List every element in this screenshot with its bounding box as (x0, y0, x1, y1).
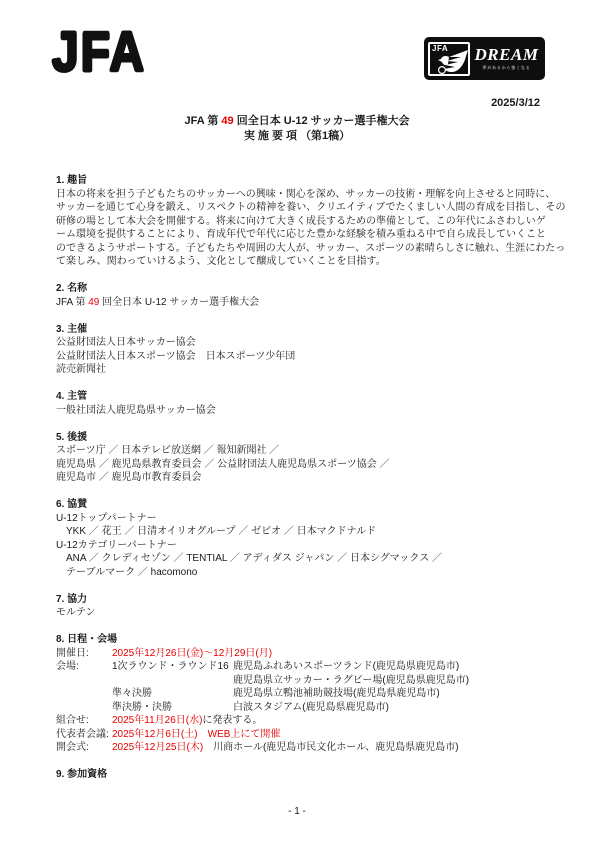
draw-date-value: 2025年11月26日(水) (112, 715, 202, 726)
sponsor-item: YKK ／ 花王 ／ 日清オイリオグループ ／ ゼビオ ／ 日本マクドナルド (56, 525, 546, 539)
organizer-item: 公益財団法人日本スポーツ協会 日本スポーツ少年団 (56, 350, 546, 364)
sponsor-item: テーブルマーク ／ hacomono (56, 566, 546, 580)
dream-label: DREAM (470, 46, 543, 63)
doc-body: 1. 趣旨 日本の将来を担う子どもたちのサッカーへの興味・関心を深め、サッカーの… (56, 174, 546, 782)
section-host-association: 4. 主管 一般社団法人鹿児島県サッカー協会 (56, 390, 546, 417)
section-heading: 1. 趣旨 (56, 174, 546, 188)
section-sponsors: 6. 協賛 U-12トップパートナー YKK ／ 花王 ／ 日清オイリオグループ… (56, 498, 546, 579)
schedule-label: 開会式: (56, 741, 112, 755)
tournament-name-pre: JFA 第 (56, 297, 88, 308)
section-heading: 8. 日程・会場 (56, 633, 546, 647)
document-page: JFA JFA DREAM 夢があるから強くなる 2025/3/12 JFA 第… (0, 0, 594, 842)
doc-subtitle: 実 施 要 項 （第1稿） (0, 127, 594, 143)
draw-note: に発表する。 (202, 715, 262, 726)
section-organizer: 3. 主催 公益財団法人日本サッカー協会 公益財団法人日本スポーツ協会 日本スポ… (56, 323, 546, 377)
schedule-venue: 鹿児島県立鴨池補助競技場(鹿児島県鹿児島市) (233, 687, 546, 701)
schedule-round: 準々決勝 (112, 687, 233, 701)
organizer-item: 読売新聞社 (56, 363, 546, 377)
section-name: 2. 名称 JFA 第 49 回全日本 U-12 サッカー選手権大会 (56, 282, 546, 309)
sponsor-item: U-12トップパートナー (56, 512, 546, 526)
schedule-venue: 鹿児島県立サッカー・ラグビー場(鹿児島県鹿児島市) (233, 674, 546, 688)
managers-meeting-value: 2025年12月6日(土) WEB上にて開催 (112, 729, 280, 740)
jfa-crest-box: JFA (428, 42, 470, 76)
doc-title: JFA 第 49 回全日本 U-12 サッカー選手権大会 (0, 112, 594, 128)
jfa-dream-badge: JFA DREAM 夢があるから強くなる (424, 37, 545, 80)
schedule-label: 代表者会議: (56, 728, 112, 742)
section-heading: 2. 名称 (56, 282, 546, 296)
schedule-round: 準決勝・決勝 (112, 701, 233, 715)
supporter-item: スポーツ庁 ／ 日本テレビ放送網 ／ 報知新聞社 ／ (56, 444, 546, 458)
schedule-label: 開催日: (56, 647, 112, 661)
schedule-venue: 鹿児島ふれあいスポーツランド(鹿児島県鹿児島市) (233, 660, 546, 674)
schedule-label: 組合せ: (56, 714, 112, 728)
paragraph-line: 研修の場として本大会を開催する。将来に向けて大きく成長するための準備として、この… (56, 215, 546, 229)
section-heading: 9. 参加資格 (56, 768, 546, 782)
section-heading: 6. 協賛 (56, 498, 546, 512)
schedule-label (56, 687, 112, 701)
section-heading: 5. 後援 (56, 431, 546, 445)
sponsor-item: ANA ／ クレディセゾン ／ TENTIAL ／ アディダス ジャパン ／ 日… (56, 552, 546, 566)
section-heading: 7. 協力 (56, 593, 546, 607)
schedule-row-venue: 準々決勝 鹿児島県立鴨池補助競技場(鹿児島県鹿児島市) (56, 687, 546, 701)
opening-ceremony-venue: 川商ホール(鹿児島市民文化ホール、鹿児島県鹿児島市) (203, 742, 458, 753)
doc-title-edition-number: 49 (221, 115, 233, 127)
schedule-row-venue: 準決勝・決勝 白波スタジアム(鹿児島県鹿児島市) (56, 701, 546, 715)
schedule-dates-value: 2025年12月26日(金)～12月29日(月) (112, 648, 272, 659)
doc-title-post: 回全日本 U-12 サッカー選手権大会 (234, 115, 410, 127)
sponsor-item: U-12カテゴリーパートナー (56, 539, 546, 553)
paragraph-line: ーム環境を提供することにより、育成年代で年代に応じた豊かな経験を積み重ねる中で自… (56, 228, 546, 242)
supporter-item: 鹿児島県 ／ 鹿児島県教育委員会 ／ 公益財団法人鹿児島県スポーツ協会 ／ (56, 458, 546, 472)
dream-wordmark: DREAM 夢があるから強くなる (470, 46, 545, 71)
section-heading: 4. 主管 (56, 390, 546, 404)
page-number: - 1 - (0, 806, 594, 817)
schedule-label: 会場: (56, 660, 112, 674)
doc-date: 2025/3/12 (491, 97, 540, 109)
jfa-logo: JFA (52, 26, 146, 81)
section-cooperation: 7. 協力 モルテン (56, 593, 546, 620)
schedule-venue: 白波スタジアム(鹿児島県鹿児島市) (233, 701, 546, 715)
schedule-round: 1次ラウンド・ラウンド16 (112, 660, 233, 674)
paragraph-line: 日本の将来を担う子どもたちのサッカーへの興味・関心を深め、サッカーの技術・理解を… (56, 188, 546, 202)
schedule-row-opening-ceremony: 開会式: 2025年12月25日(木) 川商ホール(鹿児島市民文化ホール、鹿児島… (56, 741, 546, 755)
paragraph-line: サッカーを通じて心身を鍛え、リスペクトの精神を養い、クリエイティブでたくましい人… (56, 201, 546, 215)
section-eligibility: 9. 参加資格 (56, 768, 546, 782)
supporter-item: 鹿児島市 ／ 鹿児島市教育委員会 (56, 471, 546, 485)
doc-title-pre: JFA 第 (185, 115, 222, 127)
opening-ceremony-date-value: 2025年12月25日(木) (112, 742, 203, 753)
schedule-label (56, 701, 112, 715)
cooperation-item: モルテン (56, 606, 546, 620)
schedule-row-venue: 会場: 1次ラウンド・ラウンド16 鹿児島ふれあいスポーツランド(鹿児島県鹿児島… (56, 660, 546, 674)
schedule-row-managers-meeting: 代表者会議: 2025年12月6日(土) WEB上にて開催 (56, 728, 546, 742)
schedule-row-dates: 開催日: 2025年12月26日(金)～12月29日(月) (56, 647, 546, 661)
paragraph-line: て楽しみ、関わっていけるよう、文化として醸成していくことを目指す。 (56, 255, 546, 269)
schedule-row-draw: 組合せ: 2025年11月26日(水)に発表する。 (56, 714, 546, 728)
schedule-row-venue: 鹿児島県立サッカー・ラグビー場(鹿児島県鹿児島市) (56, 674, 546, 688)
dream-slogan: 夢があるから強くなる (470, 65, 543, 71)
yatagarasu-icon (435, 49, 469, 75)
section-schedule-venues: 8. 日程・会場 開催日: 2025年12月26日(金)～12月29日(月) 会… (56, 633, 546, 755)
schedule-label (56, 674, 112, 688)
section-supporters: 5. 後援 スポーツ庁 ／ 日本テレビ放送網 ／ 報知新聞社 ／ 鹿児島県 ／ … (56, 431, 546, 485)
organizer-item: 公益財団法人日本サッカー協会 (56, 336, 546, 350)
section-heading: 3. 主催 (56, 323, 546, 337)
schedule-round (112, 674, 233, 688)
tournament-edition-number: 49 (88, 297, 99, 308)
section-purpose: 1. 趣旨 日本の将来を担う子どもたちのサッカーへの興味・関心を深め、サッカーの… (56, 174, 546, 269)
tournament-name-post: 回全日本 U-12 サッカー選手権大会 (99, 297, 259, 308)
host-association-item: 一般社団法人鹿児島県サッカー協会 (56, 404, 546, 418)
paragraph-line: のできるようサポートする。子どもたちや周囲の大人が、サッカー、スポーツの素晴らし… (56, 242, 546, 256)
tournament-name: JFA 第 49 回全日本 U-12 サッカー選手権大会 (56, 296, 546, 310)
